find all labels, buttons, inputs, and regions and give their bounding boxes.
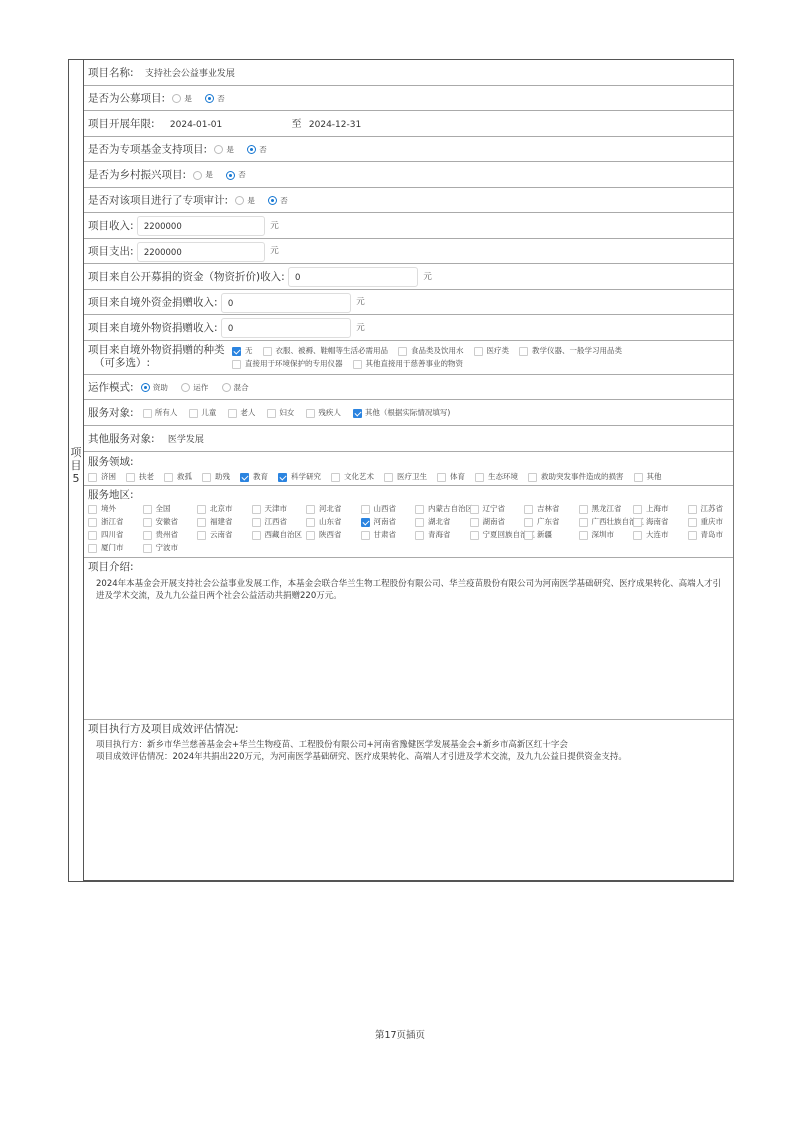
checkbox-item[interactable]: 境外 [88,503,143,515]
checkbox-unchecked-icon[interactable] [688,518,697,527]
regions-line: 浙江省安徽省福建省江西省山东省河南省湖北省湖南省广东省广西壮族自治区海南省重庆市 [88,516,733,528]
checkbox-unchecked-icon[interactable] [306,505,315,514]
checkbox-label: 厦门市 [101,543,124,552]
checkbox-unchecked-icon[interactable] [88,531,97,540]
checkbox-label: 黑龙江省 [592,504,622,513]
income-input[interactable]: 2200000 [137,216,265,236]
introduction-label: 项目介绍: [88,560,733,574]
public-fundraising-label: 是否为公募项目: [88,93,165,105]
checkbox-unchecked-icon[interactable] [524,505,533,514]
checkbox-unchecked-icon[interactable] [361,531,370,540]
special-audit-label: 是否对该项目进行了专项审计: [88,195,228,207]
expense-input[interactable]: 2200000 [137,242,265,262]
expense-label: 项目支出: [88,246,134,258]
checkbox-label: 江西省 [265,517,288,526]
checkbox-item[interactable]: 贵州省 [143,529,198,541]
checkbox-unchecked-icon[interactable] [126,473,135,482]
service-fields-row: 服务领域: 济困扶老救孤助残教育科学研究文化艺术医疗卫生体育生态环境救助突发事件… [84,452,733,486]
checkbox-label: 安徽省 [156,517,179,526]
checkbox-item[interactable]: 助残 [202,472,240,481]
expense-row: 项目支出: 2200000 元 [84,239,733,264]
checkbox-unchecked-icon[interactable] [415,505,424,514]
checkbox-unchecked-icon[interactable] [143,505,152,514]
goods-types-row-1: 无衣服、被褥、鞋帽等生活必需用品食品类及饮用水医疗类教学仪器、一般学习用品类 [232,345,632,357]
checkbox-item[interactable]: 浙江省 [88,516,143,528]
checkbox-label: 深圳市 [592,530,615,539]
checkbox-label: 所有人 [155,408,178,417]
checkbox-unchecked-icon[interactable] [470,505,479,514]
project-name-row: 项目名称: 支持社会公益事业发展 [84,60,733,86]
other-targets-label: 其他服务对象: [88,433,155,445]
checkbox-label: 食品类及饮用水 [411,346,464,355]
checkbox-item[interactable]: 海南省 [633,516,688,528]
execution-row: 项目执行方及项目成效评估情况: 项目执行方：新乡市华兰慈善基金会+华兰生物疫苗、… [84,720,733,881]
checkbox-checked-icon[interactable] [278,473,287,482]
checkbox-unchecked-icon[interactable] [524,518,533,527]
radio-public-fundraising-no[interactable] [205,94,214,103]
checkbox-item[interactable]: 上海市 [633,503,688,515]
checkbox-unchecked-icon[interactable] [579,518,588,527]
introduction-row: 项目介绍: 2024年本基金会开展支持社会公益事业发展工作，本基金会联合华兰生物… [84,558,733,720]
rural-revitalization-row: 是否为乡村振兴项目: 是 否 [84,162,733,188]
special-audit-row: 是否对该项目进行了专项审计: 是 否 [84,188,733,213]
checkbox-item[interactable]: 重庆市 [688,516,743,528]
checkbox-label: 上海市 [646,504,669,513]
checkbox-item[interactable]: 北京市 [197,503,252,515]
checkbox-item[interactable]: 医疗类 [474,346,520,355]
checkbox-item[interactable]: 妇女 [261,407,300,419]
checkbox-label: 四川省 [101,530,124,539]
radio-rural-yes[interactable] [193,171,202,180]
checkbox-label: 扶老 [139,472,154,481]
checkbox-item[interactable]: 河南省 [361,516,416,528]
checkbox-unchecked-icon[interactable] [475,473,484,482]
checkbox-unchecked-icon[interactable] [470,531,479,540]
checkbox-label: 辽宁省 [483,504,506,513]
checkbox-item[interactable]: 教育 [240,472,278,481]
radio-mode-mixed[interactable] [222,383,231,392]
checkbox-item[interactable]: 大连市 [633,529,688,541]
radio-label: 是 [247,196,255,205]
checkbox-unchecked-icon[interactable] [263,347,272,356]
checkbox-label: 山西省 [374,504,397,513]
income-label: 项目收入: [88,220,134,232]
introduction-text[interactable]: 2024年本基金会开展支持社会公益事业发展工作，本基金会联合华兰生物工程股份有限… [88,578,733,602]
overseas-fund-income-label: 项目来自境外资金捐赠收入: [88,297,218,309]
checkbox-item[interactable]: 西藏自治区 [252,529,307,541]
checkbox-item[interactable]: 救孤 [164,472,202,481]
checkbox-item[interactable]: 深圳市 [579,529,634,541]
overseas-fund-income-unit: 元 [356,297,365,307]
checkbox-item[interactable]: 辽宁省 [470,503,525,515]
radio-audit-no[interactable] [268,196,277,205]
checkbox-label: 广东省 [537,517,560,526]
checkbox-unchecked-icon[interactable] [88,544,97,553]
public-donation-income-unit: 元 [423,272,432,282]
checkbox-unchecked-icon[interactable] [688,531,697,540]
special-fund-label: 是否为专项基金支持项目: [88,144,207,156]
service-regions-label: 服务地区: [88,488,733,502]
checkbox-unchecked-icon[interactable] [415,518,424,527]
checkbox-item[interactable]: 衣服、被褥、鞋帽等生活必需用品 [263,346,399,355]
checkbox-item[interactable]: 其他（根据实际情况填写) [347,407,456,419]
public-donation-income-input[interactable]: 0 [288,267,418,287]
goods-types-row-2: 直接用于环境保护的专用仪器其他直接用于慈善事业的物资 [232,358,473,370]
checkbox-label: 体育 [450,472,465,481]
operation-mode-row: 运作模式: 资助 运作 混合 [84,375,733,400]
other-targets-row: 其他服务对象: 医学发展 [84,426,733,452]
checkbox-label: 湖南省 [483,517,506,526]
checkbox-label: 教学仪器、一般学习用品类 [532,346,622,355]
checkbox-item[interactable]: 山西省 [361,503,416,515]
service-targets-label: 服务对象: [88,407,134,419]
checkbox-unchecked-icon[interactable] [398,347,407,356]
checkbox-label: 云南省 [210,530,233,539]
checkbox-item[interactable]: 教学仪器、一般学习用品类 [519,346,632,355]
checkbox-item[interactable]: 直接用于环境保护的专用仪器 [232,359,353,368]
checkbox-label: 青海省 [428,530,451,539]
checkbox-item[interactable]: 全国 [143,503,198,515]
checkbox-item[interactable]: 安徽省 [143,516,198,528]
checkbox-label: 河南省 [374,517,397,526]
service-fields-label: 服务领域: [88,455,733,469]
checkbox-label: 无 [245,346,253,355]
radio-label: 否 [217,94,225,103]
period-start[interactable]: 2024-01-01 [170,120,222,130]
checkbox-label: 河北省 [319,504,342,513]
checkbox-item[interactable]: 体育 [437,472,475,481]
radio-public-fundraising-yes[interactable] [172,94,181,103]
checkbox-item[interactable]: 救助突发事件造成的损害 [528,472,634,481]
overseas-goods-types-row: 项目来自境外物资捐赠的种类 （可多选）: 无衣服、被褥、鞋帽等生活必需用品食品类… [84,341,733,375]
checkbox-unchecked-icon[interactable] [197,518,206,527]
checkbox-unchecked-icon[interactable] [353,360,362,369]
period-row: 项目开展年限: 2024-01-01 至 2024-12-31 [84,111,733,137]
checkbox-label: 青岛市 [701,530,724,539]
radio-label: 是 [184,94,192,103]
checkbox-label: 教育 [253,472,268,481]
checkbox-unchecked-icon[interactable] [88,505,97,514]
checkbox-label: 医疗类 [487,346,510,355]
overseas-goods-types-label-1: 项目来自境外物资捐赠的种类 [88,344,233,357]
checkbox-item[interactable]: 湖南省 [470,516,525,528]
checkbox-label: 吉林省 [537,504,560,513]
checkbox-label: 浙江省 [101,517,124,526]
period-label: 项目开展年限: [88,118,155,130]
overseas-goods-income-unit: 元 [356,323,365,333]
checkbox-unchecked-icon[interactable] [474,347,483,356]
checkbox-label: 生态环境 [488,472,518,481]
checkbox-item[interactable]: 食品类及饮用水 [398,346,474,355]
checkbox-unchecked-icon[interactable] [252,531,261,540]
checkbox-unchecked-icon[interactable] [361,505,370,514]
service-targets-list: 所有人儿童老人妇女残疾人其他（根据实际情况填写) [137,407,456,419]
checkbox-unchecked-icon[interactable] [415,531,424,540]
radio-special-fund-yes[interactable] [214,145,223,154]
checkbox-label: 救助突发事件造成的损害 [541,472,624,481]
checkbox-label: 文化艺术 [344,472,374,481]
checkbox-label: 宁波市 [156,543,179,552]
radio-special-fund-no[interactable] [247,145,256,154]
checkbox-label: 湖北省 [428,517,451,526]
checkbox-item[interactable]: 河北省 [306,503,361,515]
checkbox-item[interactable]: 生态环境 [475,472,528,481]
checkbox-unchecked-icon[interactable] [143,518,152,527]
radio-label: 否 [259,145,267,154]
checkbox-unchecked-icon[interactable] [228,409,237,418]
checkbox-item[interactable]: 扶老 [126,472,164,481]
checkbox-unchecked-icon[interactable] [88,518,97,527]
checkbox-label: 直接用于环境保护的专用仪器 [245,359,343,368]
overseas-goods-income-label: 项目来自境外物资捐赠收入: [88,322,218,334]
radio-audit-yes[interactable] [235,196,244,205]
checkbox-label: 江苏省 [701,504,724,513]
overseas-goods-income-row: 项目来自境外物资捐赠收入: 0 元 [84,315,733,341]
radio-rural-no[interactable] [226,171,235,180]
checkbox-unchecked-icon[interactable] [252,505,261,514]
checkbox-unchecked-icon[interactable] [164,473,173,482]
public-donation-income-row: 项目来自公开募捐的资金（物资折价)收入: 0 元 [84,264,733,290]
checkbox-label: 新疆 [537,530,552,539]
checkbox-unchecked-icon[interactable] [143,544,152,553]
checkbox-checked-icon[interactable] [361,518,370,527]
checkbox-label: 重庆市 [701,517,724,526]
checkbox-item[interactable]: 老人 [222,407,261,419]
checkbox-unchecked-icon[interactable] [633,531,642,540]
checkbox-item[interactable]: 广西壮族自治区 [579,516,634,528]
checkbox-item[interactable]: 天津市 [252,503,307,515]
overseas-goods-income-input[interactable]: 0 [221,318,351,338]
checkbox-unchecked-icon[interactable] [306,518,315,527]
checkbox-unchecked-icon[interactable] [519,347,528,356]
checkbox-item[interactable]: 无 [232,346,263,355]
checkbox-item[interactable]: 湖北省 [415,516,470,528]
checkbox-item[interactable]: 福建省 [197,516,252,528]
service-regions-row: 服务地区: 境外全国北京市天津市河北省山西省内蒙古自治区辽宁省吉林省黑龙江省上海… [84,486,733,558]
form-content: 项目名称: 支持社会公益事业发展 是否为公募项目: 是 否 项目开展年限: 20… [84,60,734,881]
checkbox-checked-icon[interactable] [240,473,249,482]
checkbox-unchecked-icon[interactable] [197,505,206,514]
checkbox-item[interactable]: 内蒙古自治区 [415,503,470,515]
checkbox-unchecked-icon[interactable] [528,473,537,482]
checkbox-unchecked-icon[interactable] [306,409,315,418]
project-form-table: 项目5 项目名称: 支持社会公益事业发展 是否为公募项目: 是 否 项目开展年限… [68,59,734,882]
period-to-label: 至 [292,119,302,130]
checkbox-unchecked-icon[interactable] [688,505,697,514]
checkbox-label: 其他直接用于慈善事业的物资 [366,359,464,368]
checkbox-item[interactable]: 宁夏回族自治区 [470,529,525,541]
checkbox-label: 科学研究 [291,472,321,481]
checkbox-unchecked-icon[interactable] [88,473,97,482]
radio-label: 是 [226,145,234,154]
operation-mode-label: 运作模式: [88,382,134,394]
checkbox-item[interactable]: 江苏省 [688,503,743,515]
checkbox-label: 陕西省 [319,530,342,539]
checkbox-unchecked-icon[interactable] [524,531,533,540]
checkbox-label: 北京市 [210,504,233,513]
income-row: 项目收入: 2200000 元 [84,213,733,239]
checkbox-unchecked-icon[interactable] [634,473,643,482]
executor-text[interactable]: 项目执行方：新乡市华兰慈善基金会+华兰生物疫苗、工程股份有限公司+河南省豫健医学… [88,739,733,751]
checkbox-unchecked-icon[interactable] [470,518,479,527]
checkbox-item[interactable]: 宁波市 [143,542,198,554]
checkbox-label: 助残 [215,472,230,481]
checkbox-label: 福建省 [210,517,233,526]
checkbox-item[interactable]: 江西省 [252,516,307,528]
evaluation-text[interactable]: 项目成效评估情况：2024年共捐出220万元，为河南医学基础研究、医疗成果转化、… [88,751,733,763]
checkbox-unchecked-icon[interactable] [189,409,198,418]
checkbox-item[interactable]: 其他直接用于慈善事业的物资 [353,359,474,368]
checkbox-label: 贵州省 [156,530,179,539]
checkbox-item[interactable]: 济困 [88,472,126,481]
checkbox-label: 境外 [101,504,116,513]
checkbox-item[interactable]: 广东省 [524,516,579,528]
expense-unit: 元 [270,246,279,256]
checkbox-item[interactable]: 四川省 [88,529,143,541]
checkbox-label: 海南省 [646,517,669,526]
checkbox-item[interactable]: 云南省 [197,529,252,541]
checkbox-unchecked-icon[interactable] [331,473,340,482]
checkbox-label: 大连市 [646,530,669,539]
period-end[interactable]: 2024-12-31 [309,120,361,130]
checkbox-item[interactable]: 山东省 [306,516,361,528]
checkbox-label: 内蒙古自治区 [428,504,473,513]
execution-label: 项目执行方及项目成效评估情况: [88,722,733,736]
section-side-column: 项目5 [69,60,84,881]
regions-line: 境外全国北京市天津市河北省山西省内蒙古自治区辽宁省吉林省黑龙江省上海市江苏省 [88,503,733,515]
checkbox-label: 西藏自治区 [265,530,303,539]
checkbox-unchecked-icon[interactable] [579,531,588,540]
radio-mode-fund[interactable] [141,383,150,392]
checkbox-label: 残疾人 [318,408,341,417]
checkbox-checked-icon[interactable] [232,347,241,356]
page-footer: 第17页插页 [0,1027,800,1041]
checkbox-label: 天津市 [265,504,288,513]
checkbox-label: 衣服、被褥、鞋帽等生活必需用品 [276,346,389,355]
checkbox-item[interactable]: 科学研究 [278,472,331,481]
radio-label: 否 [238,170,246,179]
checkbox-unchecked-icon[interactable] [197,531,206,540]
overseas-goods-types-label-2: （可多选）: [88,357,233,370]
checkbox-label: 山东省 [319,517,342,526]
public-donation-income-label: 项目来自公开募捐的资金（物资折价)收入: [88,271,285,283]
radio-label: 是 [205,170,213,179]
checkbox-unchecked-icon[interactable] [267,409,276,418]
checkbox-item[interactable]: 新疆 [524,529,579,541]
checkbox-label: 老人 [240,408,255,417]
checkbox-unchecked-icon[interactable] [633,518,642,527]
checkbox-label: 儿童 [201,408,216,417]
project-name-label: 项目名称: [88,67,134,79]
radio-label: 资助 [153,383,168,392]
checkbox-unchecked-icon[interactable] [143,531,152,540]
checkbox-label: 其他 [647,472,662,481]
checkbox-item[interactable]: 所有人 [137,407,184,419]
checkbox-item[interactable]: 儿童 [183,407,222,419]
regions-line: 四川省贵州省云南省西藏自治区陕西省甘肃省青海省宁夏回族自治区新疆深圳市大连市青岛… [88,529,733,541]
checkbox-item[interactable]: 其他 [634,472,672,481]
checkbox-label: 医疗卫生 [397,472,427,481]
checkbox-item[interactable]: 文化艺术 [331,472,384,481]
checkbox-item[interactable]: 医疗卫生 [384,472,437,481]
checkbox-unchecked-icon[interactable] [202,473,211,482]
checkbox-unchecked-icon[interactable] [252,518,261,527]
other-targets-value[interactable]: 医学发展 [168,435,204,445]
checkbox-item[interactable]: 青海省 [415,529,470,541]
checkbox-unchecked-icon[interactable] [143,409,152,418]
radio-label: 混合 [234,383,249,392]
income-unit: 元 [270,221,279,231]
checkbox-item[interactable]: 陕西省 [306,529,361,541]
checkbox-item[interactable]: 青岛市 [688,529,743,541]
checkbox-label: 济困 [101,472,116,481]
radio-mode-operate[interactable] [181,383,190,392]
checkbox-label: 其他（根据实际情况填写) [365,408,450,417]
overseas-fund-income-input[interactable]: 0 [221,293,351,313]
service-regions-list: 境外全国北京市天津市河北省山西省内蒙古自治区辽宁省吉林省黑龙江省上海市江苏省浙江… [88,503,733,554]
checkbox-item[interactable]: 甘肃省 [361,529,416,541]
radio-label: 否 [280,196,288,205]
checkbox-label: 甘肃省 [374,530,397,539]
rural-revitalization-label: 是否为乡村振兴项目: [88,169,186,181]
section-label: 项目5 [69,446,83,485]
service-fields-list: 济困扶老救孤助残教育科学研究文化艺术医疗卫生体育生态环境救助突发事件造成的损害其… [88,471,733,483]
overseas-fund-income-row: 项目来自境外资金捐赠收入: 0 元 [84,290,733,315]
project-name-value[interactable]: 支持社会公益事业发展 [145,69,235,79]
checkbox-unchecked-icon[interactable] [437,473,446,482]
checkbox-checked-icon[interactable] [353,409,362,418]
regions-line: 厦门市宁波市 [88,542,733,554]
public-fundraising-row: 是否为公募项目: 是 否 [84,86,733,111]
checkbox-unchecked-icon[interactable] [579,505,588,514]
checkbox-item[interactable]: 厦门市 [88,542,143,554]
checkbox-label: 妇女 [279,408,294,417]
checkbox-label: 全国 [156,504,171,513]
checkbox-item[interactable]: 残疾人 [300,407,347,419]
checkbox-unchecked-icon[interactable] [306,531,315,540]
checkbox-item[interactable]: 吉林省 [524,503,579,515]
checkbox-item[interactable]: 黑龙江省 [579,503,634,515]
checkbox-unchecked-icon[interactable] [384,473,393,482]
checkbox-unchecked-icon[interactable] [633,505,642,514]
checkbox-unchecked-icon[interactable] [232,360,241,369]
checkbox-label: 救孤 [177,472,192,481]
special-fund-row: 是否为专项基金支持项目: 是 否 [84,137,733,162]
service-targets-row: 服务对象: 所有人儿童老人妇女残疾人其他（根据实际情况填写) [84,400,733,426]
radio-label: 运作 [193,383,208,392]
